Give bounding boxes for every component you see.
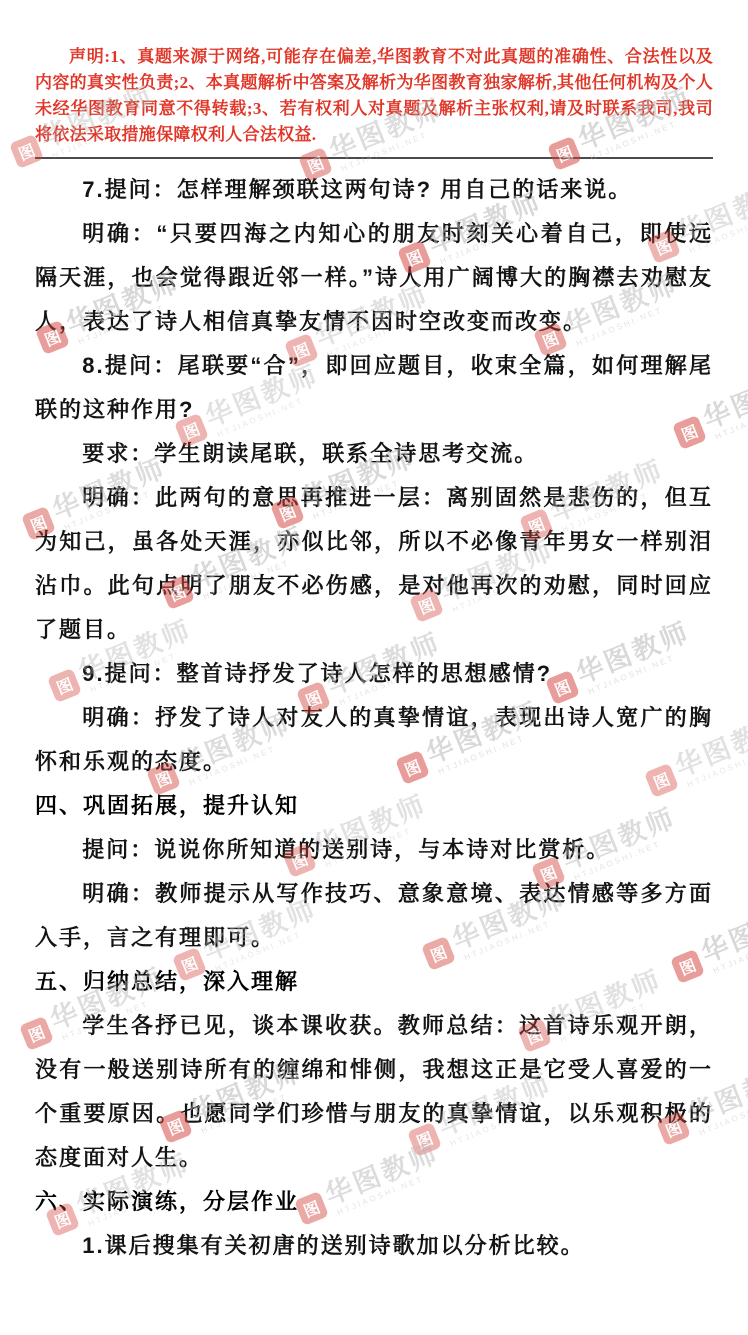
disclaimer: 声明:1、真题来源于网络,可能存在偏差,华图教育不对此真题的准确性、合法性以及内… — [35, 44, 713, 148]
section-heading: 四、巩固拓展，提升认知 — [35, 784, 713, 828]
paragraph: 9.提问：整首诗抒发了诗人怎样的思想感情? — [35, 652, 713, 696]
page-content: 声明:1、真题来源于网络,可能存在偏差,华图教育不对此真题的准确性、合法性以及内… — [0, 0, 748, 1268]
section-heading: 五、归纳总结，深入理解 — [35, 960, 713, 1004]
disclaimer-text: 1、真题来源于网络,可能存在偏差,华图教育不对此真题的准确性、合法性以及内容的真… — [35, 47, 713, 144]
paragraph: 学生各抒已见，谈本课收获。教师总结：这首诗乐观开朗，没有一般送别诗所有的缠绵和悱… — [35, 1004, 713, 1180]
paragraph: 明确：抒发了诗人对友人的真挚情谊，表现出诗人宽广的胸怀和乐观的态度。 — [35, 696, 713, 784]
lesson-body: 7.提问：怎样理解颈联这两句诗? 用自己的话来说。 明确：“只要四海之内知心的朋… — [35, 168, 713, 1268]
paragraph: 明确：“只要四海之内知心的朋友时刻关心着自己，即使远隔天涯，也会觉得跟近邻一样。… — [35, 212, 713, 344]
paragraph: 明确：教师提示从写作技巧、意象意境、表达情感等多方面入手，言之有理即可。 — [35, 872, 713, 960]
paragraph: 7.提问：怎样理解颈联这两句诗? 用自己的话来说。 — [35, 168, 713, 212]
divider-line — [35, 157, 713, 159]
paragraph: 1.课后搜集有关初唐的送别诗歌加以分析比较。 — [35, 1224, 713, 1268]
paragraph: 提问：说说你所知道的送别诗，与本诗对比赏析。 — [35, 828, 713, 872]
paragraph: 8.提问：尾联要“合”，即回应题目，收束全篇，如何理解尾联的这种作用? — [35, 344, 713, 432]
disclaimer-label: 声明: — [69, 47, 110, 66]
section-heading: 六、实际演练，分层作业 — [35, 1180, 713, 1224]
paragraph: 明确：此两句的意思再推进一层：离别固然是悲伤的，但互为知己，虽各处天涯，亦似比邻… — [35, 476, 713, 652]
paragraph: 要求：学生朗读尾联，联系全诗思考交流。 — [35, 432, 713, 476]
document-page: 图华图教师HTJIAOSHI.NET图华图教师HTJIAOSHI.NET图华图教… — [0, 0, 748, 1335]
